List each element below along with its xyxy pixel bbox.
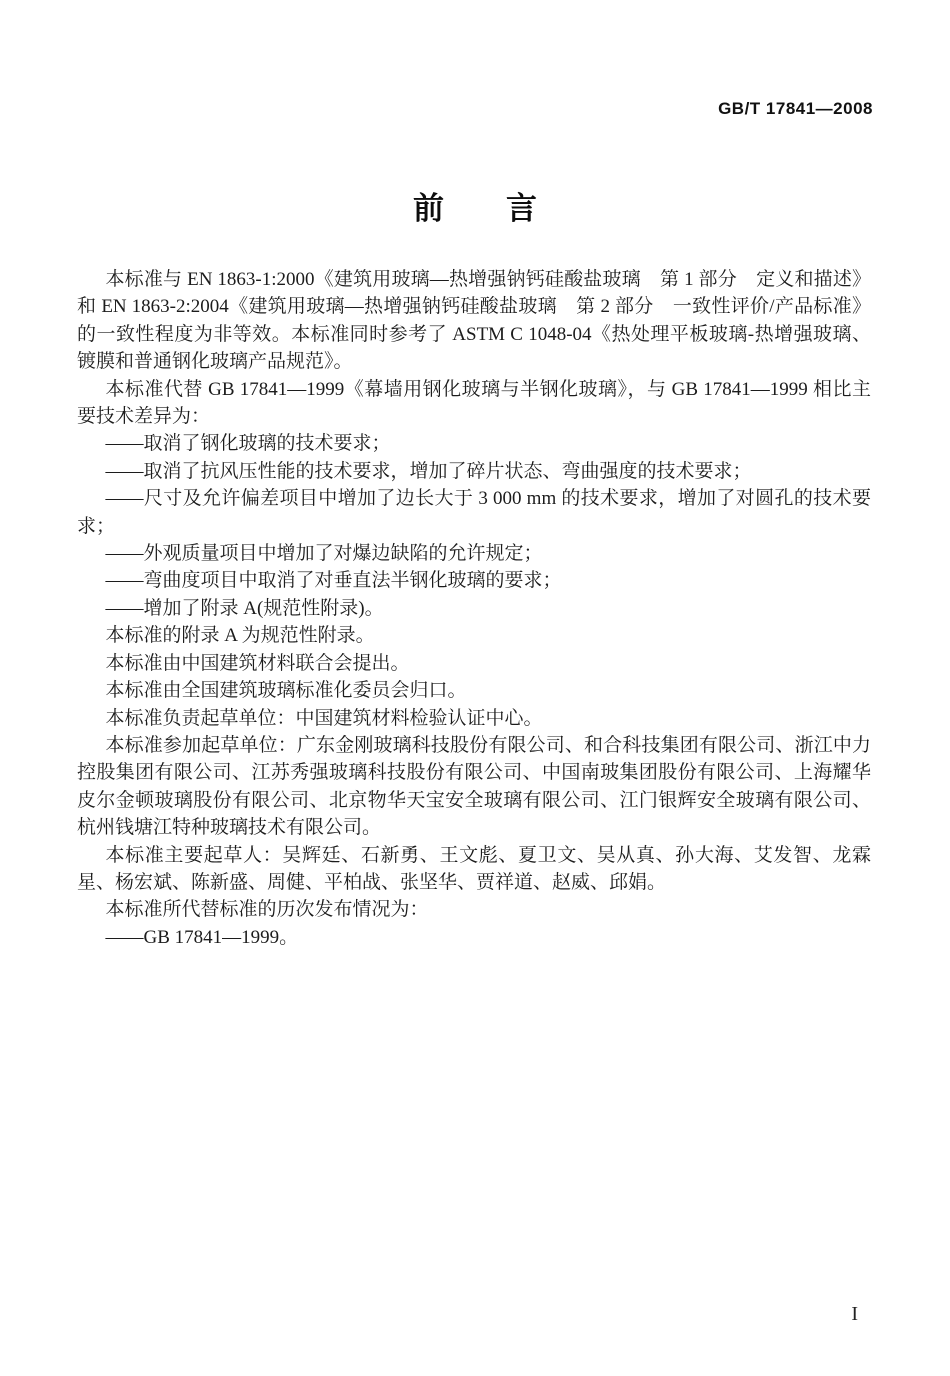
paragraph: 本标准参加起草单位：广东金刚玻璃科技股份有限公司、和合科技集团有限公司、浙江中力… <box>77 732 871 842</box>
paragraph: 本标准由全国建筑玻璃标准化委员会归口。 <box>77 677 871 704</box>
paragraph: 本标准与 EN 1863-1:2000《建筑用玻璃—热增强钠钙硅酸盐玻璃 第 1… <box>77 266 871 376</box>
page-number: I <box>851 1303 858 1326</box>
paragraph: 本标准主要起草人：吴辉廷、石新勇、王文彪、夏卫文、吴从真、孙大海、艾发智、龙霖星… <box>77 842 871 897</box>
paragraph: ——GB 17841—1999。 <box>77 924 871 951</box>
paragraph: ——取消了抗风压性能的技术要求，增加了碎片状态、弯曲强度的技术要求； <box>77 458 871 485</box>
page-title: 前 言 <box>0 183 950 228</box>
paragraph: ——增加了附录 A(规范性附录)。 <box>77 595 871 622</box>
paragraph: ——外观质量项目中增加了对爆边缺陷的允许规定； <box>77 540 871 567</box>
paragraph: 本标准负责起草单位：中国建筑材料检验认证中心。 <box>77 705 871 732</box>
paragraph: 本标准所代替标准的历次发布情况为： <box>77 896 871 923</box>
standard-code: GB/T 17841—2008 <box>718 99 873 119</box>
paragraph: 本标准代替 GB 17841—1999《幕墙用钢化玻璃与半钢化玻璃》，与 GB … <box>77 376 871 431</box>
document-page: GB/T 17841—2008 前 言 本标准与 EN 1863-1:2000《… <box>0 0 950 1376</box>
paragraph: ——取消了钢化玻璃的技术要求； <box>77 430 871 457</box>
paragraph: ——尺寸及允许偏差项目中增加了边长大于 3 000 mm 的技术要求，增加了对圆… <box>77 485 871 540</box>
foreword-body: 本标准与 EN 1863-1:2000《建筑用玻璃—热增强钠钙硅酸盐玻璃 第 1… <box>77 266 871 951</box>
paragraph: ——弯曲度项目中取消了对垂直法半钢化玻璃的要求； <box>77 567 871 594</box>
paragraph: 本标准的附录 A 为规范性附录。 <box>77 622 871 649</box>
paragraph: 本标准由中国建筑材料联合会提出。 <box>77 650 871 677</box>
